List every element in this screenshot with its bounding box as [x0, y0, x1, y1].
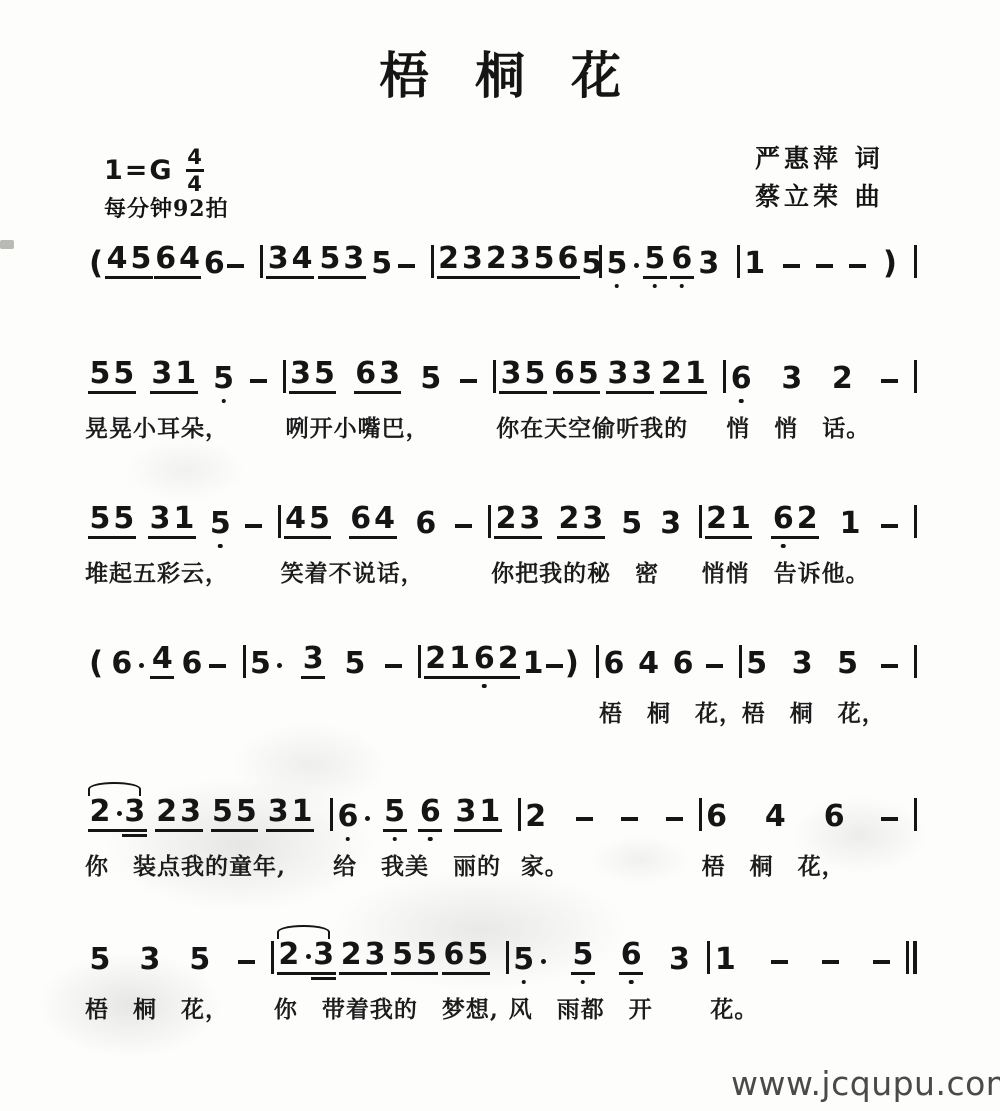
key-signature: 1=G [104, 155, 174, 186]
measure: 232353你把我的秘 密 [491, 503, 698, 588]
note-token: 2 [830, 364, 854, 394]
note-digit: 3 [792, 649, 813, 679]
note-digit: 6 [824, 802, 845, 832]
augmentation-dot [541, 959, 546, 964]
note-digit: 1 [175, 359, 196, 389]
measure: 21621) [421, 643, 596, 679]
dash-note [455, 524, 472, 528]
note-token: 45 [105, 244, 153, 279]
note-digit: 6 [673, 649, 694, 679]
note-digit: 6 [350, 504, 371, 534]
lyric-line: 梧 桐 花， [85, 991, 271, 1024]
note-token: 31 [150, 359, 198, 394]
note-digit: 1 [523, 649, 544, 679]
augmentation-dot [306, 954, 311, 959]
note-digit: 5 [371, 249, 392, 279]
measure: 646梧 桐 花， [599, 643, 739, 728]
notes-row: 535 [85, 939, 271, 975]
end-barline [914, 798, 917, 831]
dash-note [822, 960, 839, 964]
augmentation-dot [117, 811, 122, 816]
note-token: 23 [437, 244, 485, 279]
note-token: 3 [790, 649, 814, 679]
end-barline [914, 360, 917, 393]
note-digit: 3 [124, 797, 145, 827]
lyric-line: 你 带着我的 梦想, [274, 991, 506, 1024]
note-token: 4 [637, 649, 661, 679]
note-digit: 3 [151, 359, 172, 389]
measure: (45646 [85, 243, 260, 279]
notes-row: (45646 [85, 243, 260, 279]
measure: 2323565 [434, 243, 599, 279]
note-digit: 5 [581, 249, 602, 279]
measure: (646 [85, 643, 243, 679]
note-token: 5 [249, 649, 284, 679]
note-token: 63 [354, 359, 402, 394]
measure: 535梧 桐 花， [85, 939, 271, 1024]
note-token: 5 [419, 364, 443, 394]
measure: 23235531你 装点我的童年, [85, 796, 330, 881]
note-token: 3 [780, 364, 804, 394]
note-token: 62 [472, 644, 520, 679]
note-digit: 6 [415, 509, 436, 539]
note-digit: 5 [113, 359, 134, 389]
notes-row: 35653321 [496, 358, 723, 394]
notes-row: 2323565 [434, 243, 599, 279]
time-signature: 4 4 [186, 146, 204, 195]
note-digit: 6 [621, 940, 642, 970]
note-digit: 3 [268, 244, 289, 274]
tempo-marking: 每分钟92拍 [104, 192, 229, 223]
note-digit: 2 [832, 364, 853, 394]
note-token: 62 [771, 504, 819, 539]
lyric-line: 你把我的秘 密 [491, 555, 698, 588]
lyric-line: 风 雨都 开 [509, 991, 708, 1024]
measure: 65631给 我美 丽的 [333, 796, 518, 881]
augmentation-dot [277, 663, 282, 668]
note-token: 6 [202, 249, 226, 279]
notes-row: 646 [702, 796, 914, 832]
note-token: 55 [88, 504, 136, 539]
note-digit: 2 [525, 802, 546, 832]
note-digit: 6 [111, 649, 132, 679]
note-token: 3 [667, 945, 691, 975]
note-digit: 3 [781, 364, 802, 394]
note-digit: 4 [638, 649, 659, 679]
note-digit: 5 [210, 509, 231, 539]
note-token: 31 [148, 504, 196, 539]
open-paren: ( [89, 248, 103, 279]
note-digit: 3 [268, 797, 289, 827]
lyric-line: 给 我美 丽的 [333, 848, 518, 881]
note-digit: 3 [290, 359, 311, 389]
note-token: 6 [418, 797, 442, 832]
measure: 21621悄悄 告诉他。 [702, 503, 914, 588]
watermark-url: www.jcqupu.com [731, 1064, 1000, 1103]
note-digit: 3 [582, 504, 603, 534]
note-token: 5 [208, 509, 232, 539]
dash-note [666, 817, 683, 821]
dash-note [783, 264, 800, 268]
note-digit: 3 [608, 359, 629, 389]
note-token: 1 [838, 509, 862, 539]
note-digit: 5 [524, 359, 545, 389]
note-token: 23 [557, 504, 605, 539]
notes-row: 45646 [281, 503, 488, 539]
note-digit: 5 [384, 797, 405, 827]
note-token: 1 [743, 249, 767, 279]
note-token: 23 [277, 940, 336, 975]
note-digit: 6 [338, 802, 359, 832]
dash-note [576, 817, 593, 821]
note-token: 5 [836, 649, 860, 679]
note-digit: 5 [420, 364, 441, 394]
note-digit: 6 [557, 244, 578, 274]
note-digit: 4 [765, 802, 786, 832]
note-digit: 5 [213, 364, 234, 394]
note-digit: 5 [90, 359, 111, 389]
measure: 5563 [602, 243, 737, 279]
note-digit: 1 [744, 249, 765, 279]
dash-note [881, 817, 898, 821]
note-digit: 5 [236, 797, 257, 827]
dash-note [385, 664, 402, 668]
dash-note [706, 664, 723, 668]
note-digit: 5 [467, 940, 488, 970]
note-digit: 3 [455, 797, 476, 827]
measure: 535 [246, 643, 418, 679]
lyric-line: 梧 桐 花， [742, 695, 914, 728]
lyricist-credit: 严惠萍 词 [755, 140, 884, 178]
note-digit: 1 [685, 359, 706, 389]
lyric-line: 堆起五彩云， [85, 555, 278, 588]
notes-row: 2 [521, 796, 699, 832]
note-digit: 5 [130, 244, 151, 274]
lyric-line: 梧 桐 花， [599, 695, 739, 728]
augmentation-dot [634, 263, 639, 268]
note-digit: 6 [443, 940, 464, 970]
dash-note [209, 664, 226, 668]
close-paren: ) [565, 648, 579, 679]
note-token: 6 [670, 244, 694, 279]
note-token: 55 [211, 797, 259, 832]
note-token: 5 [643, 244, 667, 279]
note-digit: 3 [150, 504, 171, 534]
note-token: 6 [414, 509, 438, 539]
note-digit: 4 [179, 244, 200, 274]
note-digit: 2 [90, 797, 111, 827]
note-token: 3 [138, 945, 162, 975]
note-token: 35 [499, 359, 547, 394]
note-digit: 5 [392, 940, 413, 970]
note-digit: 5 [572, 940, 593, 970]
lyric-line: 晃晃小耳朵， [85, 410, 283, 443]
note-digit: 2 [156, 797, 177, 827]
note-digit: 3 [180, 797, 201, 827]
music-system-6: 535梧 桐 花，23235565你 带着我的 梦想,5563风 雨都 开1花。 [85, 939, 917, 1024]
note-digit: 5 [90, 504, 111, 534]
note-digit: 5 [644, 244, 665, 274]
note-digit: 5 [113, 504, 134, 534]
dash-note [849, 264, 866, 268]
note-digit: 3 [669, 945, 690, 975]
notes-row: 232353 [491, 503, 698, 539]
note-token: 6 [602, 649, 626, 679]
note-digit: 3 [631, 359, 652, 389]
note-digit: 1 [715, 945, 736, 975]
note-digit: 5 [746, 649, 767, 679]
dash-note [881, 664, 898, 668]
lyric-line: 悄 悄 话。 [726, 410, 914, 443]
note-digit: 3 [303, 644, 324, 674]
note-digit: 5 [250, 649, 271, 679]
note-token: 5 [512, 945, 547, 975]
notes-row: 55315 [85, 503, 278, 539]
dash-note [546, 664, 563, 668]
note-token: 1 [713, 945, 737, 975]
dash-note [881, 379, 898, 383]
dash-note [398, 264, 415, 268]
notes-row: 21621 [702, 503, 914, 539]
note-token: 6 [705, 802, 729, 832]
measure: 34535 [263, 243, 430, 279]
note-digit: 6 [474, 644, 495, 674]
notes-row: 1) [740, 243, 914, 279]
note-digit: 5 [212, 797, 233, 827]
dash-note [250, 379, 267, 383]
note-digit: 2 [496, 504, 517, 534]
notes-row: 55315 [85, 358, 283, 394]
note-digit: 3 [520, 504, 541, 534]
measure: 35635咧开小嘴巴， [286, 358, 493, 443]
note-digit: 6 [773, 504, 794, 534]
lyric-line: 笑着不说话， [281, 555, 488, 588]
end-barline [914, 505, 917, 538]
note-token: 3 [659, 509, 683, 539]
note-digit: 1 [840, 509, 861, 539]
note-token: 5 [212, 364, 236, 394]
scan-edge-mark [0, 240, 14, 249]
note-token: 1 [521, 649, 545, 679]
note-token: 6 [729, 364, 753, 394]
augmentation-dot [139, 663, 144, 668]
note-digit: 5 [534, 244, 555, 274]
end-barline [914, 245, 917, 278]
dash-note [245, 524, 262, 528]
note-digit: 4 [152, 644, 173, 674]
note-digit: 3 [343, 244, 364, 274]
dash-note [460, 379, 477, 383]
note-digit: 2 [498, 644, 519, 674]
note-digit: 2 [341, 940, 362, 970]
note-digit: 3 [660, 509, 681, 539]
note-token: 23 [484, 244, 532, 279]
note-digit: 6 [420, 797, 441, 827]
note-token: 6 [336, 802, 371, 832]
music-system-5: 23235531你 装点我的童年,65631给 我美 丽的2家。646梧 桐 花… [85, 796, 917, 881]
dash-note [227, 264, 244, 268]
note-token: 3 [301, 644, 325, 679]
open-paren: ( [89, 648, 103, 679]
music-system-3: 55315堆起五彩云，45646笑着不说话，232353你把我的秘 密21621… [85, 503, 917, 588]
note-token: 31 [266, 797, 314, 832]
note-digit: 3 [139, 945, 160, 975]
note-token: 33 [606, 359, 654, 394]
note-digit: 6 [155, 244, 176, 274]
dash-note [621, 817, 638, 821]
note-token: 6 [110, 649, 145, 679]
note-token: 5 [188, 945, 212, 975]
note-digit: 2 [486, 244, 507, 274]
note-token: 4 [763, 802, 787, 832]
note-digit: 3 [365, 940, 386, 970]
measure: 535梧 桐 花， [742, 643, 914, 728]
note-token: 4 [150, 644, 174, 679]
note-token: 5 [605, 249, 640, 279]
note-digit: 5 [319, 244, 340, 274]
notes-row: 632 [726, 358, 914, 394]
note-digit: 3 [501, 359, 522, 389]
note-digit: 5 [513, 945, 534, 975]
note-token: 6 [822, 802, 846, 832]
note-digit: 4 [285, 504, 306, 534]
measure: 646梧 桐 花， [702, 796, 914, 881]
note-digit: 3 [462, 244, 483, 274]
note-digit: 2 [797, 504, 818, 534]
note-token: 23 [155, 797, 203, 832]
dash-note [816, 264, 833, 268]
note-token: 34 [266, 244, 314, 279]
note-token: 64 [154, 244, 202, 279]
lyric-line: 家。 [521, 848, 699, 881]
note-digit: 3 [698, 249, 719, 279]
note-digit: 1 [174, 504, 195, 534]
note-digit: 6 [603, 649, 624, 679]
note-digit: 4 [107, 244, 128, 274]
notes-row: 23235565 [274, 939, 506, 975]
note-digit: 2 [661, 359, 682, 389]
note-token: 23 [88, 797, 147, 832]
note-token: 65 [442, 940, 490, 975]
song-title: 梧桐花 [0, 36, 1000, 108]
notes-row: 5563 [509, 939, 708, 975]
note-digit: 5 [621, 509, 642, 539]
note-token: 6 [180, 649, 204, 679]
note-digit: 2 [438, 244, 459, 274]
note-token: 23 [494, 504, 542, 539]
time-signature-top: 4 [187, 146, 202, 168]
measure: 5563风 雨都 开 [509, 939, 708, 1024]
notes-row: 35635 [286, 358, 493, 394]
measure: 55315堆起五彩云， [85, 503, 278, 588]
end-barline [914, 645, 917, 678]
note-token: 23 [339, 940, 387, 975]
note-digit: 4 [292, 244, 313, 274]
note-token: 31 [454, 797, 502, 832]
composer-credit: 蔡立荣 曲 [755, 178, 884, 216]
dash-note [881, 524, 898, 528]
note-digit: 6 [204, 249, 225, 279]
note-digit: 2 [706, 504, 727, 534]
notes-row: 535 [246, 643, 418, 679]
note-token: 5 [620, 509, 644, 539]
measure: 1) [740, 243, 914, 279]
note-digit: 1 [292, 797, 313, 827]
note-digit: 3 [510, 244, 531, 274]
note-token: 53 [318, 244, 366, 279]
key-time-signature: 1=G 4 4 [104, 146, 204, 195]
note-digit: 6 [731, 364, 752, 394]
notes-row: 65631 [333, 796, 518, 832]
notes-row: (646 [85, 643, 243, 679]
dash-note [771, 960, 788, 964]
notes-row: 535 [742, 643, 914, 679]
note-token: 6 [671, 649, 695, 679]
note-token: 5 [745, 649, 769, 679]
music-system-2: 55315晃晃小耳朵，35635咧开小嘴巴，35653321你在天空偷听我的63… [85, 358, 917, 443]
note-digit: 6 [355, 359, 376, 389]
notes-row: 646 [599, 643, 739, 679]
lyric-line: 你 装点我的童年, [85, 848, 330, 881]
note-token: 5 [88, 945, 112, 975]
lyric-line: 梧 桐 花， [702, 848, 914, 881]
measure: 55315晃晃小耳朵， [85, 358, 283, 443]
notes-row: 21621) [421, 643, 596, 679]
note-token: 5 [343, 649, 367, 679]
note-token: 56 [532, 244, 580, 279]
note-token: 2 [524, 802, 548, 832]
note-digit: 3 [379, 359, 400, 389]
note-digit: 1 [449, 644, 470, 674]
music-system-4: (64653521621)646梧 桐 花，535梧 桐 花， [85, 643, 917, 728]
measure: 23235565你 带着我的 梦想, [274, 939, 506, 1024]
credits: 严惠萍 词 蔡立荣 曲 [755, 140, 884, 216]
note-digit: 5 [837, 649, 858, 679]
dash-note [238, 960, 255, 964]
note-digit: 6 [181, 649, 202, 679]
notes-row: 5563 [602, 243, 737, 279]
note-token: 21 [424, 644, 472, 679]
note-digit: 1 [479, 797, 500, 827]
lyric-line: 花。 [710, 991, 906, 1024]
music-system-1: (4564634535232356555631) [85, 243, 917, 279]
note-token: 21 [660, 359, 708, 394]
notes-row: 1 [710, 939, 906, 975]
measure: 35653321你在天空偷听我的 [496, 358, 723, 443]
final-double-barline [906, 941, 917, 974]
note-digit: 5 [314, 359, 335, 389]
note-digit: 5 [416, 940, 437, 970]
note-digit: 6 [706, 802, 727, 832]
note-digit: 1 [730, 504, 751, 534]
lyric-line: 悄悄 告诉他。 [702, 555, 914, 588]
note-token: 45 [284, 504, 332, 539]
measure: 45646笑着不说话， [281, 503, 488, 588]
note-token: 3 [697, 249, 721, 279]
note-token: 5 [370, 249, 394, 279]
dash-note [873, 960, 890, 964]
note-digit: 5 [578, 359, 599, 389]
measure: 1花。 [710, 939, 906, 1024]
note-digit: 2 [558, 504, 579, 534]
note-digit: 5 [90, 945, 111, 975]
note-digit: 6 [554, 359, 575, 389]
note-digit: 2 [278, 940, 299, 970]
note-token: 21 [705, 504, 753, 539]
note-digit: 6 [671, 244, 692, 274]
note-token: 55 [88, 359, 136, 394]
notes-row: 23235531 [85, 796, 330, 832]
